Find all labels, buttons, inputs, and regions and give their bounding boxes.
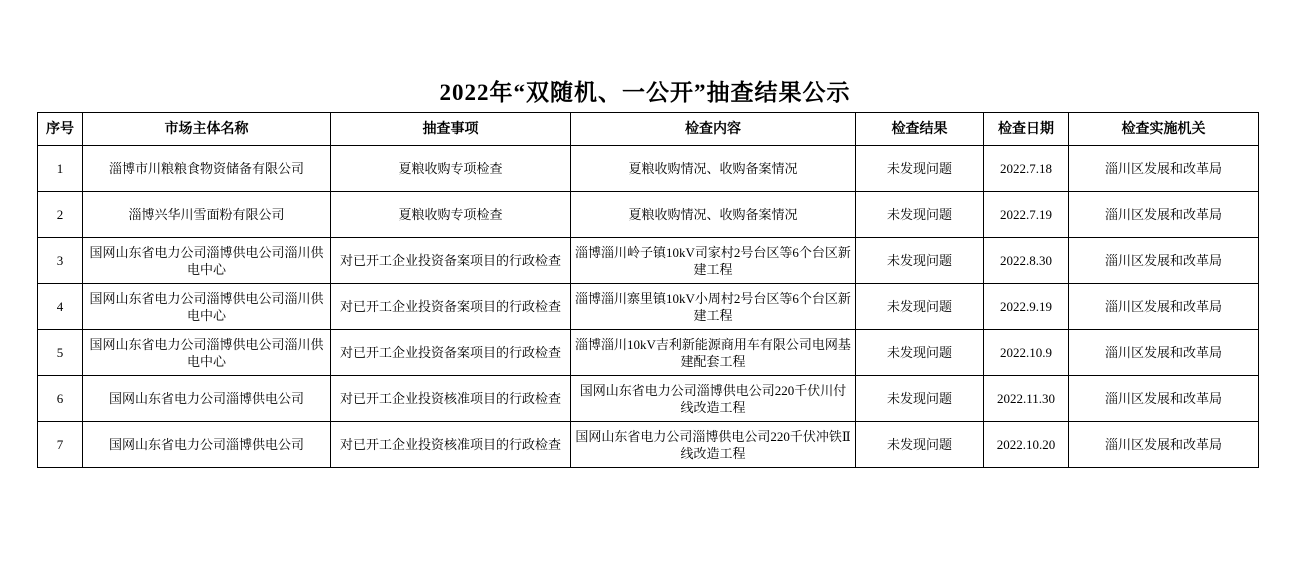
cell-inspection-matter: 对已开工企业投资备案项目的行政检查 [331,330,571,376]
cell-inspection-result: 未发现问题 [856,376,984,422]
table-header-row-container: 序号市场主体名称抽查事项检查内容检查结果检查日期检查实施机关 [38,113,1259,146]
cell-inspection-agency: 淄川区发展和改革局 [1069,330,1259,376]
cell-inspection-content: 夏粮收购情况、收购备案情况 [571,192,856,238]
table-row: 6国网山东省电力公司淄博供电公司对已开工企业投资核准项目的行政检查国网山东省电力… [38,376,1259,422]
cell-inspection-agency: 淄川区发展和改革局 [1069,284,1259,330]
cell-entity-name: 淄博兴华川雪面粉有限公司 [83,192,331,238]
column-header-index: 序号 [38,113,83,146]
table-body: 1淄博市川粮粮食物资储备有限公司夏粮收购专项检查夏粮收购情况、收购备案情况未发现… [38,146,1259,468]
cell-index: 3 [38,238,83,284]
cell-inspection-agency: 淄川区发展和改革局 [1069,422,1259,468]
cell-inspection-result: 未发现问题 [856,146,984,192]
cell-entity-name: 国网山东省电力公司淄博供电公司 [83,376,331,422]
document-page: 2022年“双随机、一公开”抽查结果公示 序号市场主体名称抽查事项检查内容检查结… [0,0,1290,565]
cell-inspection-content: 国网山东省电力公司淄博供电公司220千伏川付线改造工程 [571,376,856,422]
cell-inspection-agency: 淄川区发展和改革局 [1069,376,1259,422]
cell-inspection-matter: 对已开工企业投资核准项目的行政检查 [331,422,571,468]
column-header-inspection-matter: 抽查事项 [331,113,571,146]
cell-inspection-content: 淄博淄川岭子镇10kV司家村2号台区等6个台区新建工程 [571,238,856,284]
cell-index: 1 [38,146,83,192]
cell-inspection-result: 未发现问题 [856,238,984,284]
cell-inspection-content: 夏粮收购情况、收购备案情况 [571,146,856,192]
cell-entity-name: 国网山东省电力公司淄博供电公司淄川供电中心 [83,238,331,284]
cell-inspection-result: 未发现问题 [856,330,984,376]
table-row: 4国网山东省电力公司淄博供电公司淄川供电中心对已开工企业投资备案项目的行政检查淄… [38,284,1259,330]
cell-index: 6 [38,376,83,422]
table-row: 2淄博兴华川雪面粉有限公司夏粮收购专项检查夏粮收购情况、收购备案情况未发现问题2… [38,192,1259,238]
cell-inspection-matter: 对已开工企业投资备案项目的行政检查 [331,238,571,284]
cell-entity-name: 淄博市川粮粮食物资储备有限公司 [83,146,331,192]
column-header-inspection-content: 检查内容 [571,113,856,146]
table-row: 1淄博市川粮粮食物资储备有限公司夏粮收购专项检查夏粮收购情况、收购备案情况未发现… [38,146,1259,192]
column-header-inspection-date: 检查日期 [984,113,1069,146]
cell-inspection-matter: 对已开工企业投资备案项目的行政检查 [331,284,571,330]
table-row: 7国网山东省电力公司淄博供电公司对已开工企业投资核准项目的行政检查国网山东省电力… [38,422,1259,468]
cell-index: 7 [38,422,83,468]
cell-index: 4 [38,284,83,330]
cell-inspection-result: 未发现问题 [856,284,984,330]
cell-inspection-date: 2022.10.9 [984,330,1069,376]
cell-inspection-result: 未发现问题 [856,422,984,468]
cell-entity-name: 国网山东省电力公司淄博供电公司淄川供电中心 [83,284,331,330]
cell-inspection-agency: 淄川区发展和改革局 [1069,192,1259,238]
column-header-inspection-agency: 检查实施机关 [1069,113,1259,146]
cell-inspection-agency: 淄川区发展和改革局 [1069,146,1259,192]
cell-index: 2 [38,192,83,238]
inspection-results-table: 序号市场主体名称抽查事项检查内容检查结果检查日期检查实施机关 1淄博市川粮粮食物… [37,112,1259,468]
column-header-inspection-result: 检查结果 [856,113,984,146]
cell-inspection-matter: 夏粮收购专项检查 [331,192,571,238]
column-header-entity-name: 市场主体名称 [83,113,331,146]
cell-inspection-date: 2022.8.30 [984,238,1069,284]
cell-inspection-agency: 淄川区发展和改革局 [1069,238,1259,284]
cell-inspection-date: 2022.9.19 [984,284,1069,330]
page-title: 2022年“双随机、一公开”抽查结果公示 [0,74,1290,107]
table-row: 5国网山东省电力公司淄博供电公司淄川供电中心对已开工企业投资备案项目的行政检查淄… [38,330,1259,376]
cell-entity-name: 国网山东省电力公司淄博供电公司淄川供电中心 [83,330,331,376]
cell-inspection-matter: 夏粮收购专项检查 [331,146,571,192]
cell-inspection-content: 淄博淄川10kV吉利新能源商用车有限公司电网基建配套工程 [571,330,856,376]
table-row: 3国网山东省电力公司淄博供电公司淄川供电中心对已开工企业投资备案项目的行政检查淄… [38,238,1259,284]
cell-inspection-matter: 对已开工企业投资核准项目的行政检查 [331,376,571,422]
cell-inspection-result: 未发现问题 [856,192,984,238]
cell-inspection-date: 2022.7.19 [984,192,1069,238]
cell-inspection-date: 2022.11.30 [984,376,1069,422]
cell-index: 5 [38,330,83,376]
cell-inspection-content: 国网山东省电力公司淄博供电公司220千伏冲铁Ⅱ线改造工程 [571,422,856,468]
cell-entity-name: 国网山东省电力公司淄博供电公司 [83,422,331,468]
table-header-row: 序号市场主体名称抽查事项检查内容检查结果检查日期检查实施机关 [38,113,1259,146]
cell-inspection-date: 2022.7.18 [984,146,1069,192]
cell-inspection-date: 2022.10.20 [984,422,1069,468]
cell-inspection-content: 淄博淄川寨里镇10kV小周村2号台区等6个台区新建工程 [571,284,856,330]
